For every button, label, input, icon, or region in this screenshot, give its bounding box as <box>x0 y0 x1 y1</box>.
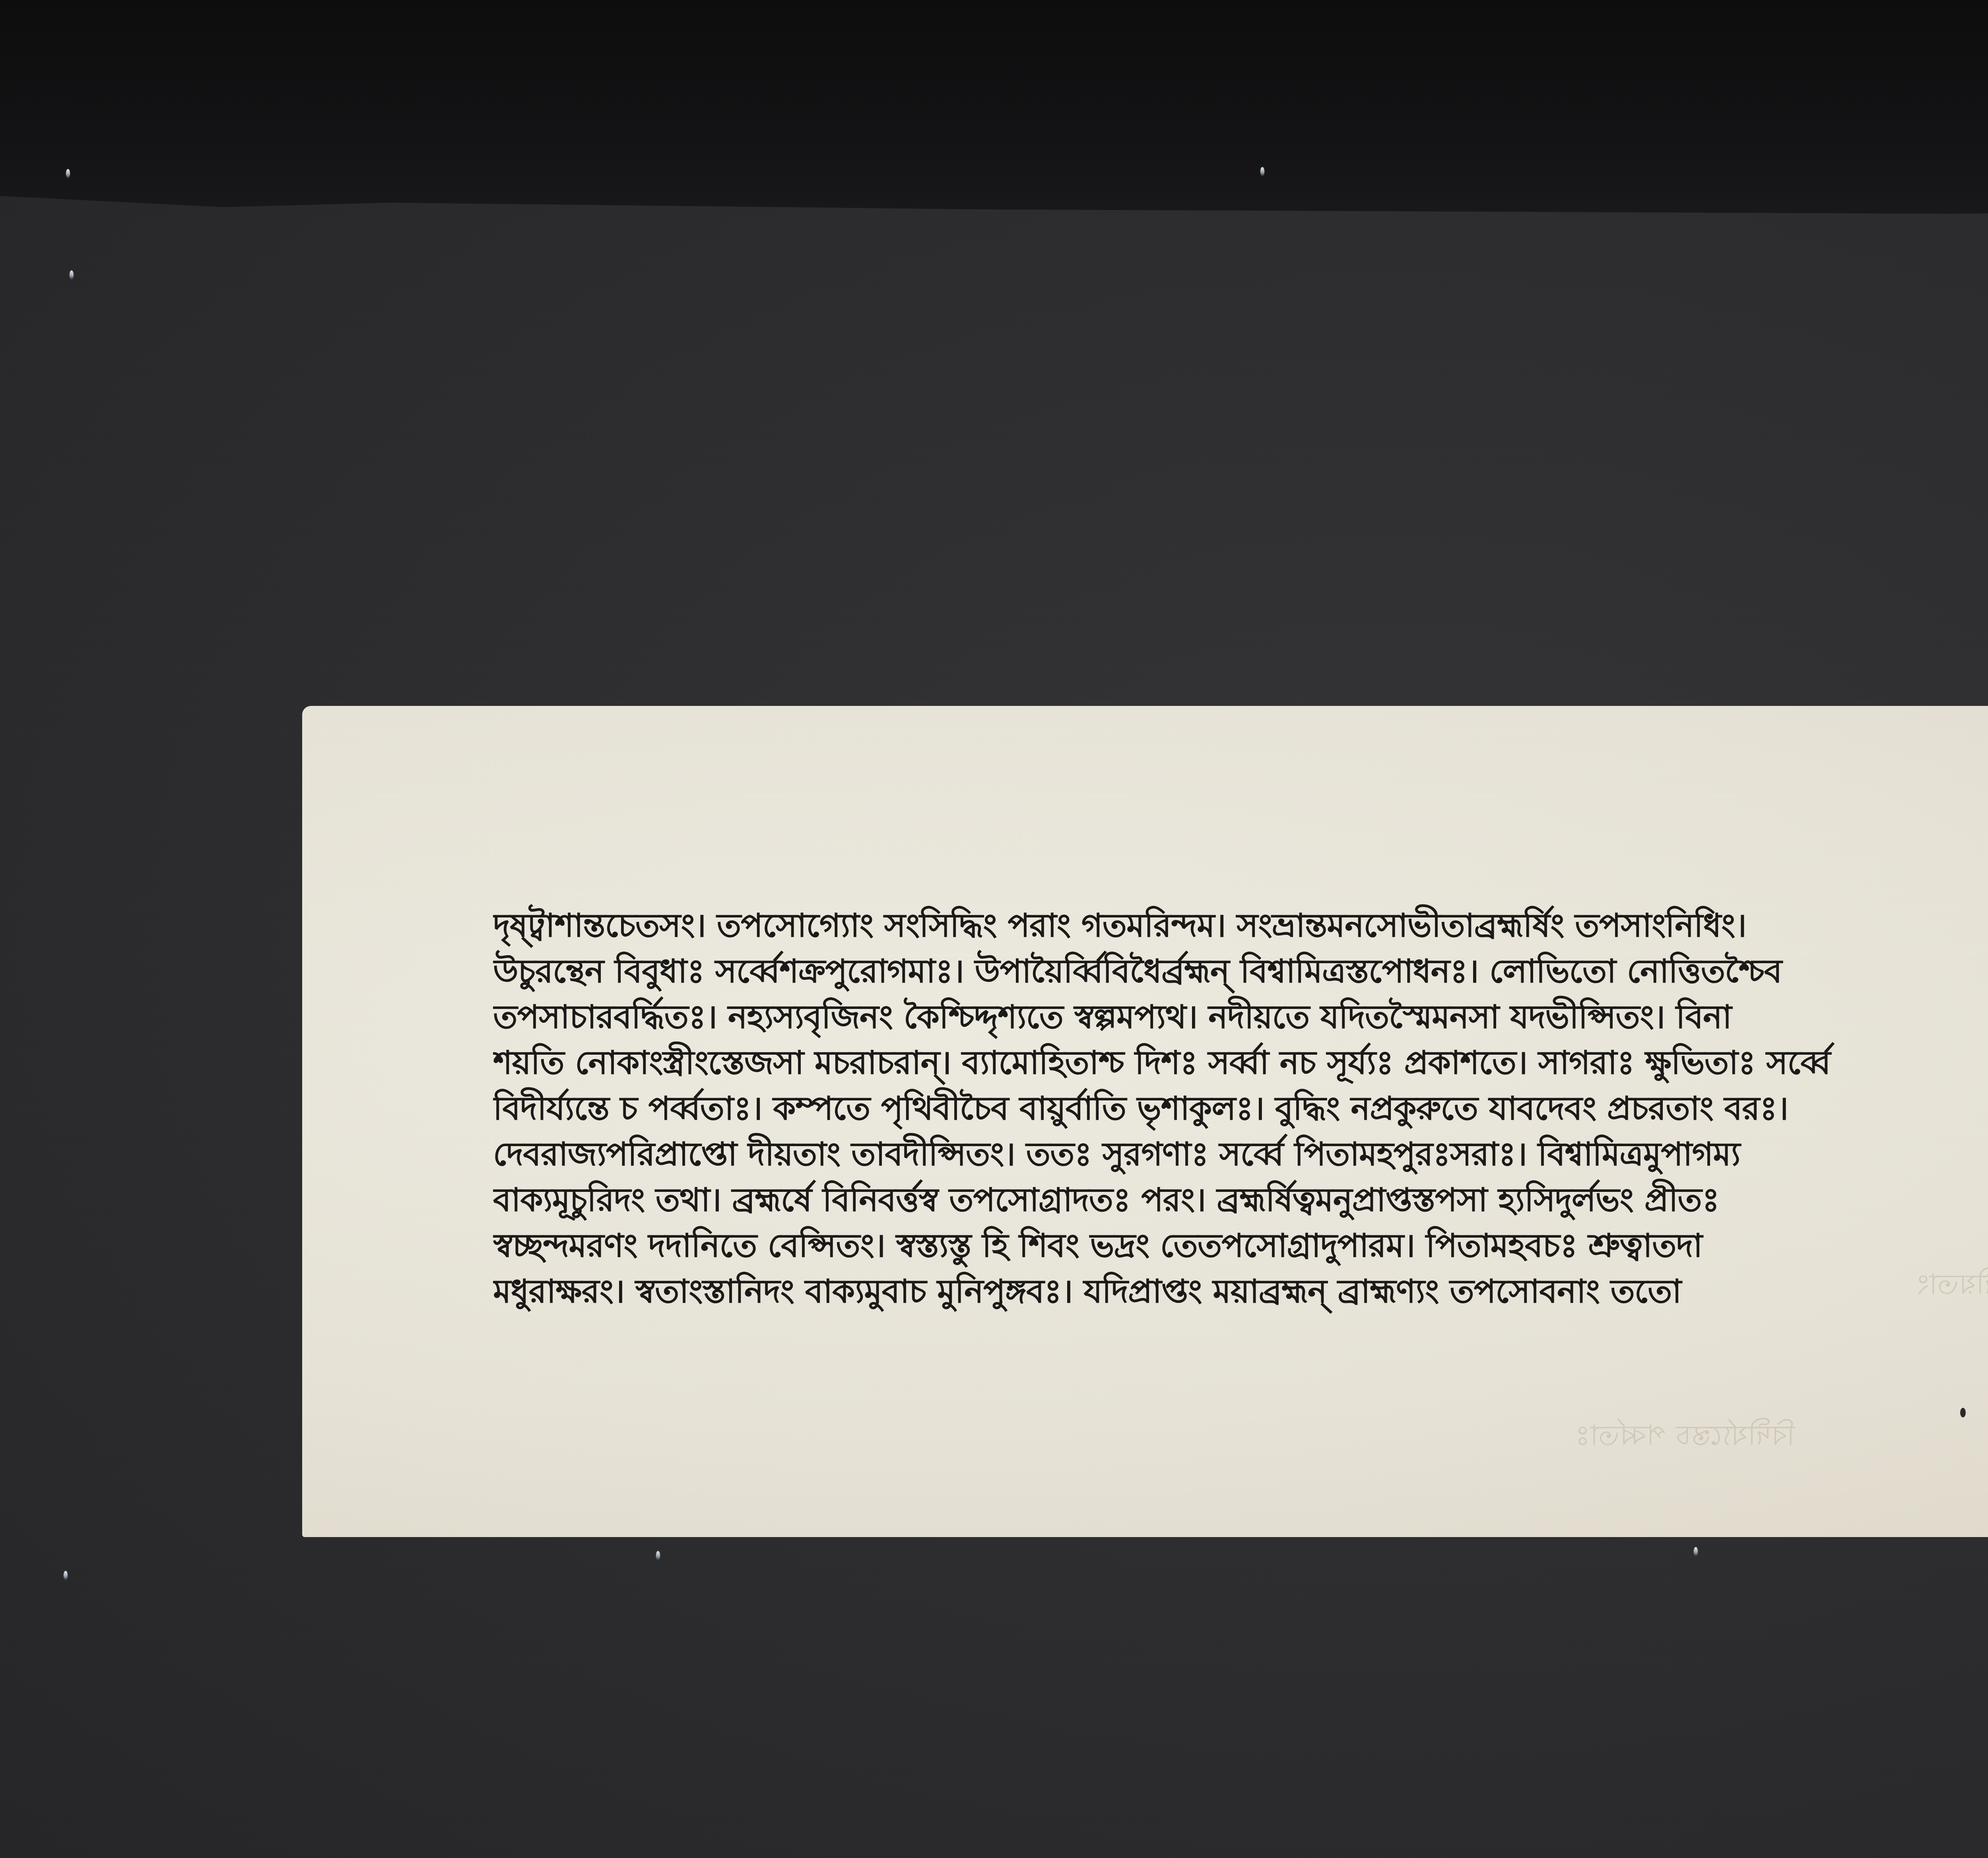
mounting-pin <box>656 1551 660 1560</box>
text-line: উচুরন্থেন বিবুধাঃ সর্ব্বেশক্রপুরোগমাঃ। উ… <box>493 948 1988 994</box>
mounting-pin <box>70 270 74 279</box>
text-line: বিদীর্য্যন্তে চ পর্ব্বতাঃ। কম্পতে পৃথিবী… <box>493 1086 1988 1131</box>
manuscript-text: দৃষ্ট্বাশান্তচেতসং। তপসোগ্যোং সংসিদ্ধিং … <box>493 903 1988 1314</box>
mounting-pin <box>64 1571 68 1580</box>
wormhole <box>1960 1408 1966 1417</box>
text-line: শয়তি নোকাংস্ত্রীংস্তেজসা মচরাচরান্। ব্য… <box>493 1040 1988 1086</box>
mounting-pin <box>1694 1547 1698 1556</box>
text-line: মধুরাক্ষরং। স্বতাংস্তানিদং বাক্যমুবাচ মু… <box>493 1269 1988 1314</box>
mounting-pin <box>1260 167 1264 176</box>
top-dark-mount <box>0 0 1988 223</box>
mounting-pin <box>66 169 70 178</box>
text-line: দেবরাজ্যপরিপ্রাপ্তো দীয়তাং তাবদীপ্সিতং।… <box>493 1131 1988 1177</box>
text-line: স্বচ্ছন্দমরণং দদানিতে বেপ্সিতং। স্বস্ত্য… <box>493 1223 1988 1269</box>
ink-bleed-through: বিদীর্য্যন্তেচ পর্ব্বতাঃ <box>1574 1414 1795 1460</box>
text-line: তপসাচারবর্দ্ধিতঃ। নহ্যস্যবৃজিনং কৈশ্চিদ্… <box>493 994 1988 1040</box>
text-line: দৃষ্ট্বাশান্তচেতসং। তপসোগ্যোং সংসিদ্ধিং … <box>493 903 1988 948</box>
text-line: বাক্যমূচুরিদং তথা। ব্রহ্মর্ষে বিনিবর্ত্ত… <box>493 1177 1988 1223</box>
